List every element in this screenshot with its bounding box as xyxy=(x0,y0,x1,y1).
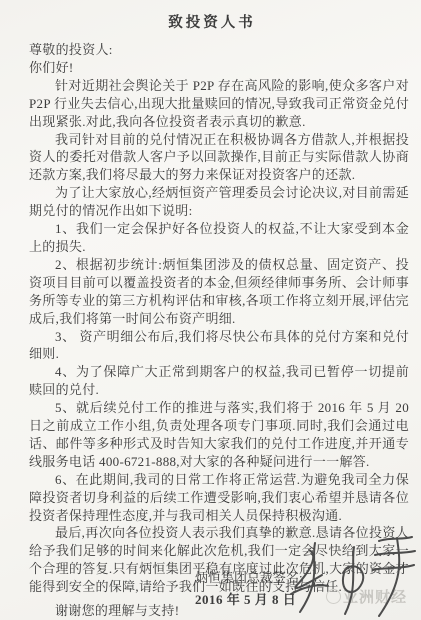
letter-list-item: 5、就后续兑付工作的推进与落实,我们将于 2016 年 5 月 20 日之前成立… xyxy=(29,399,409,471)
handwritten-signature-icon xyxy=(287,534,421,620)
letter-list-item: 4、为了保障广大正常到期客户的权益,我司已暂停一切提前赎回的兑付. xyxy=(29,363,409,399)
letter-list-item: 2、根据初步统计:炳恒集团涉及的债权总量、固定资产、投资项目目前可以覆盖投资者的… xyxy=(29,256,409,328)
letter-date: 2016 年 5 月 8 日 xyxy=(195,589,296,608)
letter-paragraph: 我司针对目前的兑付情况正在积极协调各方借款人,并根据投资人的委托对借款人客户予以… xyxy=(29,131,409,185)
letter-paragraph: 为了让大家放心,经炳恒资产管理委员会讨论决议,对目前需延期兑付的情况作出如下说明… xyxy=(29,184,409,220)
letter-title: 致投资人书 xyxy=(29,11,395,32)
greeting: 你们好! xyxy=(29,59,409,77)
letter-list-item: 1、我们一定会保护好各位投资人的权益,不让大家受到本金上的损失. xyxy=(29,220,409,256)
letter-list-item: 3、 资产明细公布后,我们将尽快公布具体的兑付方案和兑付细则. xyxy=(29,328,409,364)
letter-document: 致投资人书 尊敬的投资人: 你们好! 针对近期社会舆论关于 P2P 存在高风险的… xyxy=(0,0,421,620)
letter-body: 致投资人书 尊敬的投资人: 你们好! 针对近期社会舆论关于 P2P 存在高风险的… xyxy=(0,0,421,620)
salutation: 尊敬的投资人: xyxy=(29,41,409,59)
letter-paragraph: 针对近期社会舆论关于 P2P 存在高风险的影响,使众多客户对 P2P 行业失去信… xyxy=(29,77,409,131)
letter-list-item: 6、在此期间,我司的日常工作将正常运营.为避免我司全力保障投资者切身利益的后续工… xyxy=(29,471,409,525)
